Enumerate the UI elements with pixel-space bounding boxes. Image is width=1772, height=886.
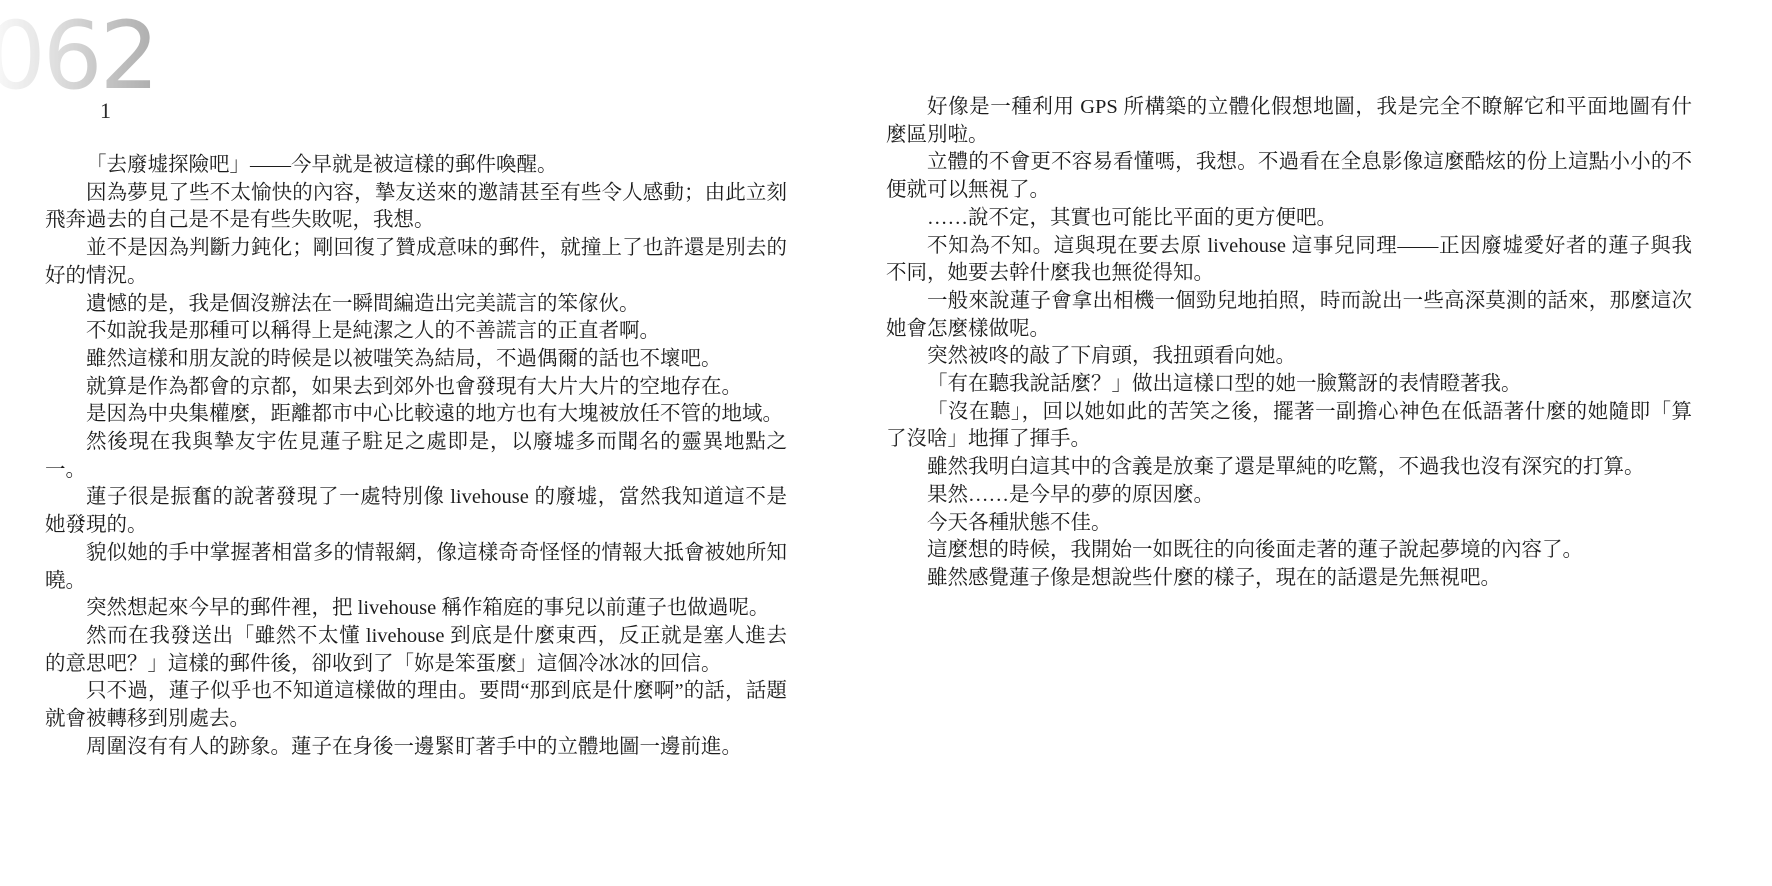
section-number: 1 bbox=[100, 100, 111, 122]
paragraph: 突然被咚的敲了下肩頭，我扭頭看向她。 bbox=[886, 343, 1692, 371]
paragraph: 雖然感覺蓮子像是想說些什麼的樣子，現在的話還是先無視吧。 bbox=[886, 565, 1692, 593]
paragraph: 雖然這樣和朋友說的時候是以被嗤笑為結局，不過偶爾的話也不壞吧。 bbox=[45, 346, 787, 374]
paragraph: 蓮子很是振奮的說著發現了一處特別像 livehouse 的廢墟，當然我知道這不是… bbox=[45, 484, 787, 539]
paragraph: 因為夢見了些不太愉快的內容，摯友送來的邀請甚至有些令人感動；由此立刻飛奔過去的自… bbox=[45, 180, 787, 235]
book-spread: 062 1 「去廢墟探險吧」——今早就是被這樣的郵件喚醒。因為夢見了些不太愉快的… bbox=[0, 0, 1772, 886]
paragraph: 「有在聽我說話麼？」做出這樣口型的她一臉驚訝的表情瞪著我。 bbox=[886, 371, 1692, 399]
paragraph: 好像是一種利用 GPS 所構築的立體化假想地圖，我是完全不瞭解它和平面地圖有什麼… bbox=[886, 94, 1692, 149]
paragraph: 突然想起來今早的郵件裡，把 livehouse 稱作箱庭的事兒以前蓮子也做過呢。 bbox=[45, 595, 787, 623]
paragraph: 「沒在聽」，回以她如此的苦笑之後，擺著一副擔心神色在低語著什麼的她隨即「算了沒啥… bbox=[886, 399, 1692, 454]
paragraph: 「去廢墟探險吧」——今早就是被這樣的郵件喚醒。 bbox=[45, 152, 787, 180]
paragraph: 就算是作為都會的京都，如果去到郊外也會發現有大片大片的空地存在。 bbox=[45, 374, 787, 402]
paragraph: 不知為不知。這與現在要去原 livehouse 這事兒同理——正因廢墟愛好者的蓮… bbox=[886, 233, 1692, 288]
paragraph: ……說不定，其實也可能比平面的更方便吧。 bbox=[886, 205, 1692, 233]
paragraph: 遺憾的是，我是個沒辦法在一瞬間編造出完美謊言的笨傢伙。 bbox=[45, 291, 787, 319]
paragraph: 貌似她的手中掌握著相當多的情報網，像這樣奇奇怪怪的情報大抵會被她所知曉。 bbox=[45, 540, 787, 595]
paragraph: 這麼想的時候，我開始一如既往的向後面走著的蓮子說起夢境的內容了。 bbox=[886, 537, 1692, 565]
left-page-text: 「去廢墟探險吧」——今早就是被這樣的郵件喚醒。因為夢見了些不太愉快的內容，摯友送… bbox=[45, 152, 787, 761]
paragraph: 雖然我明白這其中的含義是放棄了還是單純的吃驚，不過我也沒有深究的打算。 bbox=[886, 454, 1692, 482]
paragraph: 是因為中央集權麼，距離都市中心比較遠的地方也有大塊被放任不管的地域。 bbox=[45, 401, 787, 429]
paragraph: 並不是因為判斷力鈍化；剛回復了贊成意味的郵件，就撞上了也許還是別去的好的情況。 bbox=[45, 235, 787, 290]
paragraph: 然後現在我與摯友宇佐見蓮子駐足之處即是，以廢墟多而聞名的靈異地點之一。 bbox=[45, 429, 787, 484]
paragraph: 周圍沒有有人的跡象。蓮子在身後一邊緊盯著手中的立體地圖一邊前進。 bbox=[45, 734, 787, 762]
paragraph: 然而在我發送出「雖然不太懂 livehouse 到底是什麼東西，反正就是塞人進去… bbox=[45, 623, 787, 678]
paragraph: 不如說我是那種可以稱得上是純潔之人的不善謊言的正直者啊。 bbox=[45, 318, 787, 346]
paragraph: 只不過，蓮子似乎也不知道這樣做的理由。要問“那到底是什麼啊”的話，話題就會被轉移… bbox=[45, 678, 787, 733]
page-number: 062 bbox=[0, 10, 156, 104]
paragraph: 一般來說蓮子會拿出相機一個勁兒地拍照，時而說出一些高深莫測的話來，那麼這次她會怎… bbox=[886, 288, 1692, 343]
paragraph: 立體的不會更不容易看懂嗎，我想。不過看在全息影像這麼酷炫的份上這點小小的不便就可… bbox=[886, 149, 1692, 204]
paragraph: 今天各種狀態不佳。 bbox=[886, 510, 1692, 538]
paragraph: 果然……是今早的夢的原因麼。 bbox=[886, 482, 1692, 510]
right-page-text: 好像是一種利用 GPS 所構築的立體化假想地圖，我是完全不瞭解它和平面地圖有什麼… bbox=[886, 94, 1692, 593]
